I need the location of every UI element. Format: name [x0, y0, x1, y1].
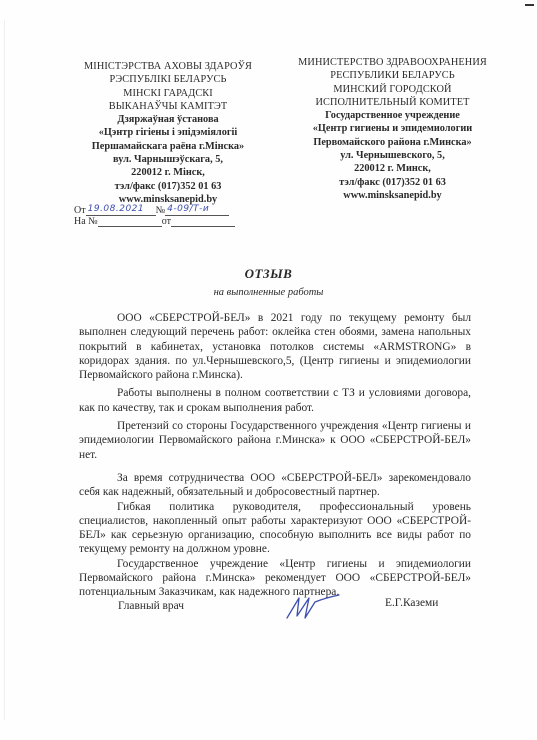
handwritten-signature — [283, 592, 343, 622]
scan-edge — [4, 20, 5, 720]
ministry-line: РЭСПУБЛІКІ БЕЛАРУСЬ — [58, 73, 278, 86]
handwritten-number: 4-09/Т-и — [167, 204, 209, 215]
reply-number-label: На № — [74, 216, 98, 227]
reference-block: От 19.08.2021 № 4-09/Т-и На № от — [74, 205, 235, 227]
institution-line: Дзяржаўная ўстанова — [58, 113, 278, 126]
paragraph-recommendation: Государственное учреждение «Центр гигиен… — [79, 557, 471, 600]
institution-line: Першамайскага раёна г.Мінска» — [58, 140, 278, 153]
ministry-line: ИСПОЛНИТЕЛЬНЫЙ КОМИТЕТ — [280, 96, 505, 109]
corner-mark — [525, 4, 534, 6]
institution-line: Государственное учреждение — [280, 109, 505, 122]
paragraph-compliance: Работы выполнены в полном соответствии с… — [79, 386, 471, 415]
ministry-line: МИНИСТЕРСТВО ЗДРАВООХРАНЕНИЯ — [280, 56, 505, 69]
address-line: вул. Чарнышэўскага, 5, — [58, 153, 278, 166]
paragraph-professionalism: Гибкая политика руководителя, профессион… — [79, 500, 471, 557]
postal-line: 220012 г. Минск, — [280, 162, 505, 175]
paragraph-reliability: За время сотрудничества ООО «СБЕРСТРОЙ-Б… — [79, 471, 471, 500]
ministry-line: РЕСПУБЛИКИ БЕЛАРУСЬ — [280, 69, 505, 82]
reply-date-field — [171, 216, 235, 227]
from-label: От — [74, 205, 86, 216]
signatory-name: Е.Г.Каземи — [385, 597, 438, 609]
institution-line: «Цэнтр гігіены і эпідэміялогіі — [58, 126, 278, 139]
paragraph-no-claims: Претензий со стороны Государственного уч… — [79, 419, 471, 462]
handwritten-date: 19.08.2021 — [88, 204, 145, 215]
institution-line: «Центр гигиены и эпидемиологии — [280, 122, 505, 135]
ministry-line: МИНСКИЙ ГОРОДСКОЙ — [280, 83, 505, 96]
reply-number-field — [98, 216, 162, 227]
ministry-line: МІНСКІ ГАРАДСКІ — [58, 87, 278, 100]
signatory-role: Главный врач — [118, 600, 184, 612]
address-line: ул. Чернышевского, 5, — [280, 149, 505, 162]
date-field: 19.08.2021 — [86, 205, 156, 216]
postal-line: 220012 г. Мінск, — [58, 166, 278, 179]
outgoing-ref-row: От 19.08.2021 № 4-09/Т-и — [74, 205, 235, 216]
institution-line: Первомайского района г.Минска» — [280, 136, 505, 149]
website-line: www.minsksanepid.by — [280, 189, 505, 202]
document-body: ООО «СБЕРСТРОЙ-БЕЛ» в 2021 году по текущ… — [79, 311, 471, 600]
incoming-ref-row: На № от — [74, 216, 235, 227]
document-page: МІНІСТЭРСТВА АХОВЫ ЗДАРОЎЯ РЭСПУБЛІКІ БЕ… — [0, 0, 537, 740]
document-title: ОТЗЫВ — [0, 266, 537, 282]
ministry-line: МІНІСТЭРСТВА АХОВЫ ЗДАРОЎЯ — [58, 60, 278, 73]
letterhead-belarusian: МІНІСТЭРСТВА АХОВЫ ЗДАРОЎЯ РЭСПУБЛІКІ БЕ… — [58, 60, 278, 206]
phone-line: тэл/факс (017)352 01 63 — [280, 176, 505, 189]
phone-line: тэл/факс (017)352 01 63 — [58, 180, 278, 193]
number-label: № — [156, 205, 166, 216]
paragraph-works-list: ООО «СБЕРСТРОЙ-БЕЛ» в 2021 году по текущ… — [79, 311, 471, 382]
number-field: 4-09/Т-и — [165, 205, 229, 216]
reply-from-label: от — [162, 216, 171, 227]
document-subtitle: на выполненные работы — [0, 287, 537, 298]
letterhead-russian: МИНИСТЕРСТВО ЗДРАВООХРАНЕНИЯ РЕСПУБЛИКИ … — [280, 56, 505, 202]
ministry-line: ВЫКАНАЎЧЫ КАМІТЭТ — [58, 100, 278, 113]
